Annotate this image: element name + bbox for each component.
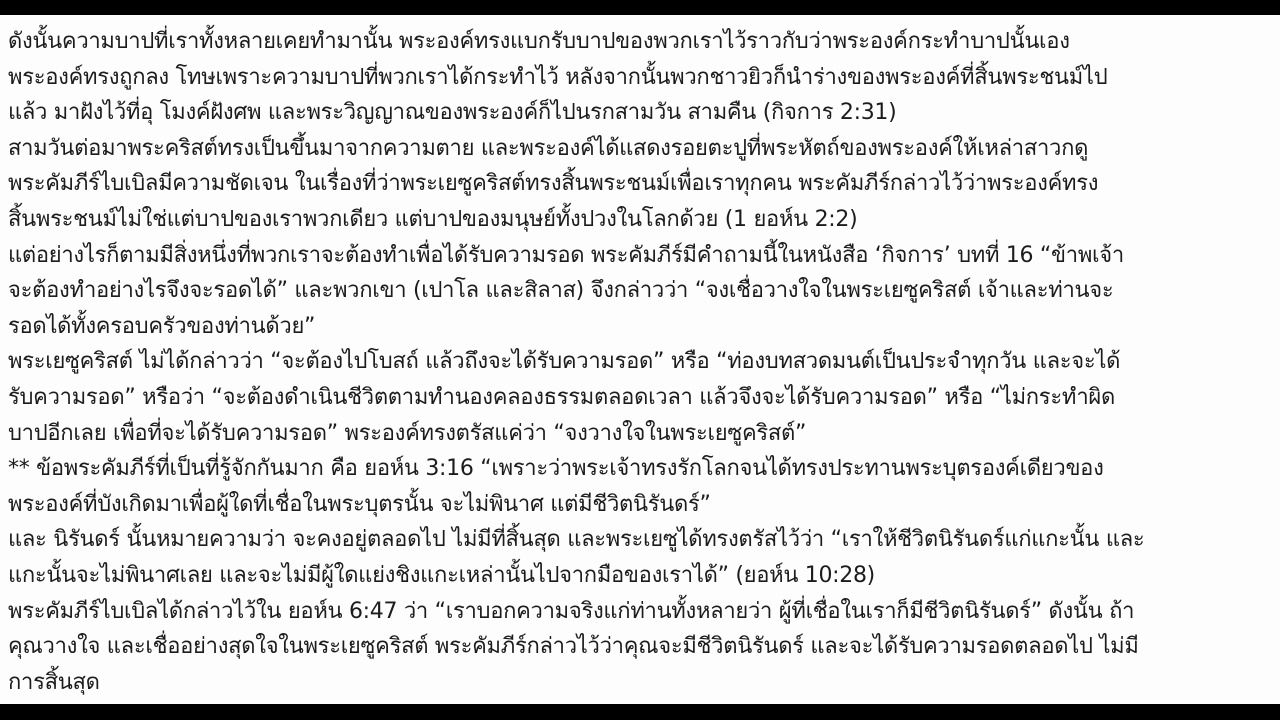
video-frame: ดังนั้นความบาปที่เราทั้งหลายเคยทำมานั้น …	[0, 0, 1280, 720]
text-line-6: สิ้นพระชนม์ไม่ใช่แต่บาปของเราพวกเดียว แต…	[8, 202, 1276, 238]
text-line-18: คุณวางใจ และเชื่ออย่างสุดใจในพระเยซูคริส…	[8, 629, 1276, 665]
text-line-2: พระองค์ทรงถูกลง โทษเพราะความบาปที่พวกเรา…	[8, 60, 1276, 96]
letterbox-bottom	[0, 704, 1280, 720]
text-line-1: ดังนั้นความบาปที่เราทั้งหลายเคยทำมานั้น …	[8, 24, 1276, 60]
document-page: ดังนั้นความบาปที่เราทั้งหลายเคยทำมานั้น …	[0, 15, 1280, 704]
text-line-19: การสิ้นสุด	[8, 665, 1276, 701]
text-line-5: พระคัมภีร์ไบเบิลมีความชัดเจน ในเรื่องที่…	[8, 166, 1276, 202]
text-line-10: พระเยซูคริสต์ ไม่ได้กล่าวว่า “จะต้องไปโบ…	[8, 344, 1276, 380]
document-text: ดังนั้นความบาปที่เราทั้งหลายเคยทำมานั้น …	[8, 24, 1276, 700]
text-line-11: รับความรอด” หรือว่า “จะต้องดำเนินชีวิตตา…	[8, 380, 1276, 416]
text-line-9: รอดได้ทั้งครอบครัวของท่านด้วย”	[8, 309, 1276, 345]
text-line-4: สามวันต่อมาพระคริสต์ทรงเป็นขึ้นมาจากความ…	[8, 131, 1276, 167]
text-line-17: พระคัมภีร์ไบเบิลได้กล่าวไว้ใน ยอห์น 6:47…	[8, 594, 1276, 630]
text-line-16: แกะนั้นจะไม่พินาศเลย และจะไม่มีผู้ใดแย่ง…	[8, 558, 1276, 594]
text-line-3: แล้ว มาฝังไว้ที่อุ โมงค์ฝังศพ และพระวิญญ…	[8, 95, 1276, 131]
text-line-12: บาปอีกเลย เพื่อที่จะได้รับความรอด” พระอง…	[8, 416, 1276, 452]
letterbox-top	[0, 0, 1280, 15]
text-line-15: และ นิรันดร์ นั้นหมายความว่า จะคงอยู่ตลอ…	[8, 522, 1276, 558]
text-line-13: ** ข้อพระคัมภีร์ที่เป็นที่รู้จักกันมาก ค…	[8, 451, 1276, 487]
text-line-8: จะต้องทำอย่างไรจึงจะรอดได้” และพวกเขา (เ…	[8, 273, 1276, 309]
text-line-14: พระองค์ที่บังเกิดมาเพื่อผู้ใดที่เชื่อในพ…	[8, 487, 1276, 523]
text-line-7: แต่อย่างไรก็ตามมีสิ่งหนึ่งที่พวกเราจะต้อ…	[8, 238, 1276, 274]
